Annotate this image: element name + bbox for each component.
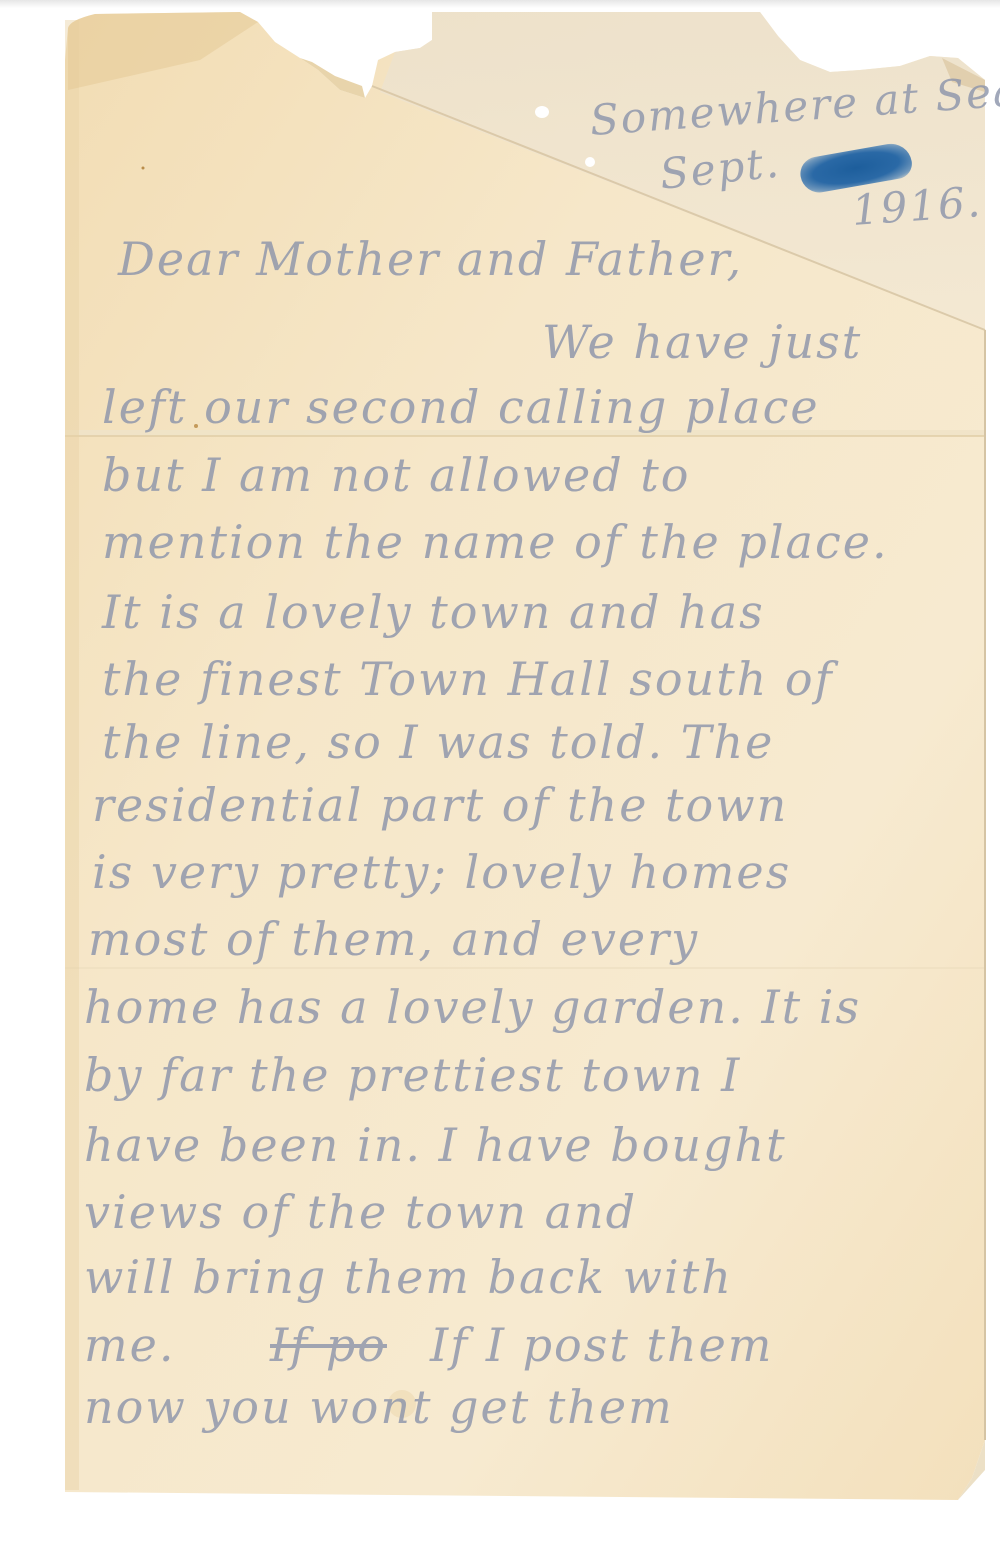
body-line-5: It is a lovely town and has <box>102 585 765 639</box>
body-line-11: home has a lovely garden. It is <box>84 980 861 1034</box>
header-year: 1916. <box>850 177 983 235</box>
body-line-15: will bring them back with <box>84 1250 733 1304</box>
salutation: Dear Mother and Father, <box>118 232 743 286</box>
struck-out-word: If po <box>270 1318 387 1372</box>
body-line-8: residential part of the town <box>92 778 788 832</box>
body-line-1: We have just <box>542 315 862 369</box>
body-line-10: most of them, and every <box>88 912 699 966</box>
body-line-7: the line, so I was told. The <box>102 715 774 769</box>
body-line-16: me. <box>84 1318 175 1372</box>
body-line-12: by far the prettiest town I <box>84 1048 741 1102</box>
body-line-3: but I am not allowed to <box>102 448 690 502</box>
body-line-18: now you wont get them <box>84 1380 674 1434</box>
body-line-13: have been in. I have bought <box>84 1118 787 1172</box>
body-line-4: mention the name of the place. <box>102 515 889 569</box>
body-line-2: left our second calling place <box>102 380 820 434</box>
body-line-17: If I post them <box>430 1318 773 1372</box>
body-line-6: the finest Town Hall south of <box>102 652 834 706</box>
body-line-9: is very pretty; lovely homes <box>92 845 791 899</box>
body-line-14: views of the town and <box>84 1185 637 1239</box>
